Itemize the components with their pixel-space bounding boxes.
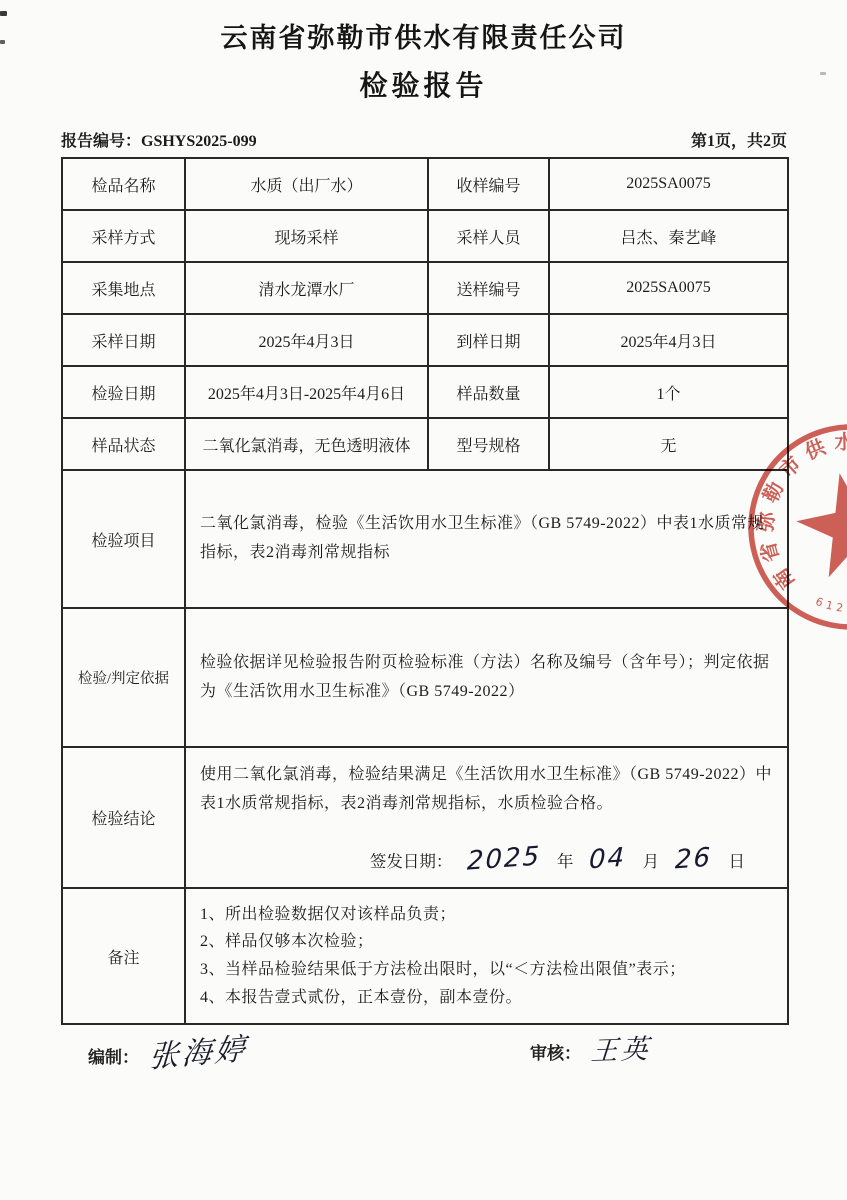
seal-serial-number: 6125000000 — [811, 574, 847, 624]
field-label: 样品数量 — [428, 366, 549, 418]
reviewed-by-group: 审核：王英 — [530, 1028, 651, 1067]
remark-line: 2、样品仅够本次检验； — [200, 928, 773, 956]
field-value: 清水龙潭水厂 — [185, 262, 428, 314]
scan-artifact — [0, 11, 7, 16]
report-title: 检验报告 — [0, 68, 847, 106]
basis-text: 检验依据详见检验报告附页检验标准（方法）名称及编号（含年号）；判定依据为《生活饮… — [200, 649, 773, 707]
issue-date-label: 签发日期： — [370, 852, 453, 871]
section-row-remarks: 备注 1、所出检验数据仅对该样品负责； 2、样品仅够本次检验； 3、当样品检验结… — [62, 888, 788, 1024]
field-label: 采集地点 — [62, 262, 185, 314]
month-unit: 月 — [643, 852, 660, 871]
table-row: 采样方式 现场采样 采样人员 吕杰、秦艺峰 — [62, 210, 788, 262]
section-content: 检验依据详见检验报告附页检验标准（方法）名称及编号（含年号）；判定依据为《生活饮… — [185, 608, 788, 747]
remark-line: 1、所出检验数据仅对该样品负责； — [200, 901, 773, 929]
day-unit: 日 — [729, 852, 746, 871]
year-unit: 年 — [557, 852, 574, 871]
field-value: 吕杰、秦艺峰 — [549, 210, 788, 262]
field-value: 2025年4月3日 — [549, 314, 788, 366]
remark-line: 4、本报告壹式贰份，正本壹份，副本壹份。 — [200, 984, 773, 1012]
report-table: 检品名称 水质（出厂水） 收样编号 2025SA0075 采样方式 现场采样 采… — [61, 157, 789, 1025]
table-row: 检品名称 水质（出厂水） 收样编号 2025SA0075 — [62, 158, 788, 210]
section-label: 检验/判定依据 — [62, 608, 185, 747]
report-number: 报告编号：GSHYS2025-099 — [61, 128, 257, 151]
prepared-by-group: 编制：张海婷 — [88, 1028, 248, 1072]
field-value: 二氧化氯消毒，无色透明液体 — [185, 418, 428, 470]
field-value: 2025SA0075 — [549, 158, 788, 210]
report-page: 云南省弥勒市供水有限责任公司 检验报告 报告编号：GSHYS2025-099 第… — [0, 0, 847, 1200]
field-value: 2025年4月3日 — [185, 314, 428, 366]
page-indicator: 第1页，共2页 — [691, 128, 787, 151]
scan-artifact — [0, 40, 5, 44]
field-value: 水质（出厂水） — [185, 158, 428, 210]
section-row-inspection-items: 检验项目 二氧化氯消毒，检验《生活饮用水卫生标准》（GB 5749-2022）中… — [62, 470, 788, 608]
footer-signatures: 编制：张海婷 审核：王英 — [0, 1022, 847, 1092]
meta-row: 报告编号：GSHYS2025-099 第1页，共2页 — [61, 128, 787, 151]
conclusion-text: 使用二氧化氯消毒，检验结果满足《生活饮用水卫生标准》（GB 5749-2022）… — [200, 761, 773, 819]
section-content: 二氧化氯消毒，检验《生活饮用水卫生标准》（GB 5749-2022）中表1水质常… — [185, 470, 788, 608]
section-label: 检验项目 — [62, 470, 185, 608]
issue-day-handwritten: 26 — [675, 843, 713, 876]
field-label: 送样编号 — [428, 262, 549, 314]
remark-line: 3、当样品检验结果低于方法检出限时，以“＜方法检出限值”表示； — [200, 956, 773, 984]
reviewed-by-label: 审核： — [530, 1044, 581, 1063]
field-value: 2025年4月3日-2025年4月6日 — [185, 366, 428, 418]
svg-text:6125000000: 6125000000 — [811, 574, 847, 624]
section-row-basis: 检验/判定依据 检验依据详见检验报告附页检验标准（方法）名称及编号（含年号）；判… — [62, 608, 788, 747]
prepared-by-label: 编制： — [88, 1048, 139, 1067]
field-label: 检验日期 — [62, 366, 185, 418]
table-row: 检验日期 2025年4月3日-2025年4月6日 样品数量 1个 — [62, 366, 788, 418]
issue-date-line: 签发日期： 2025 年 04 月 26 日 — [200, 844, 747, 874]
section-label: 检验结论 — [62, 747, 185, 888]
reviewed-by-signature: 王英 — [590, 1027, 653, 1068]
field-value: 无 — [549, 418, 788, 470]
inspection-items-text: 二氧化氯消毒，检验《生活饮用水卫生标准》（GB 5749-2022）中表1水质常… — [200, 510, 773, 568]
issue-year-handwritten: 2025 — [466, 842, 541, 877]
field-label: 采样日期 — [62, 314, 185, 366]
field-label: 到样日期 — [428, 314, 549, 366]
table-row: 样品状态 二氧化氯消毒，无色透明液体 型号规格 无 — [62, 418, 788, 470]
table-row: 采集地点 清水龙潭水厂 送样编号 2025SA0075 — [62, 262, 788, 314]
field-label: 检品名称 — [62, 158, 185, 210]
section-label: 备注 — [62, 888, 185, 1024]
section-content: 使用二氧化氯消毒，检验结果满足《生活饮用水卫生标准》（GB 5749-2022）… — [185, 747, 788, 888]
issue-month-handwritten: 04 — [589, 843, 627, 876]
field-label: 收样编号 — [428, 158, 549, 210]
scan-artifact — [820, 72, 826, 75]
field-label: 样品状态 — [62, 418, 185, 470]
company-title: 云南省弥勒市供水有限责任公司 — [0, 20, 847, 56]
table-row: 采样日期 2025年4月3日 到样日期 2025年4月3日 — [62, 314, 788, 366]
field-label: 采样方式 — [62, 210, 185, 262]
field-label: 型号规格 — [428, 418, 549, 470]
seal-star-icon — [788, 462, 847, 581]
field-label: 采样人员 — [428, 210, 549, 262]
section-row-conclusion: 检验结论 使用二氧化氯消毒，检验结果满足《生活饮用水卫生标准》（GB 5749-… — [62, 747, 788, 888]
field-value: 1个 — [549, 366, 788, 418]
field-value: 现场采样 — [185, 210, 428, 262]
field-value: 2025SA0075 — [549, 262, 788, 314]
section-content: 1、所出检验数据仅对该样品负责； 2、样品仅够本次检验； 3、当样品检验结果低于… — [185, 888, 788, 1024]
prepared-by-signature: 张海婷 — [148, 1024, 249, 1077]
